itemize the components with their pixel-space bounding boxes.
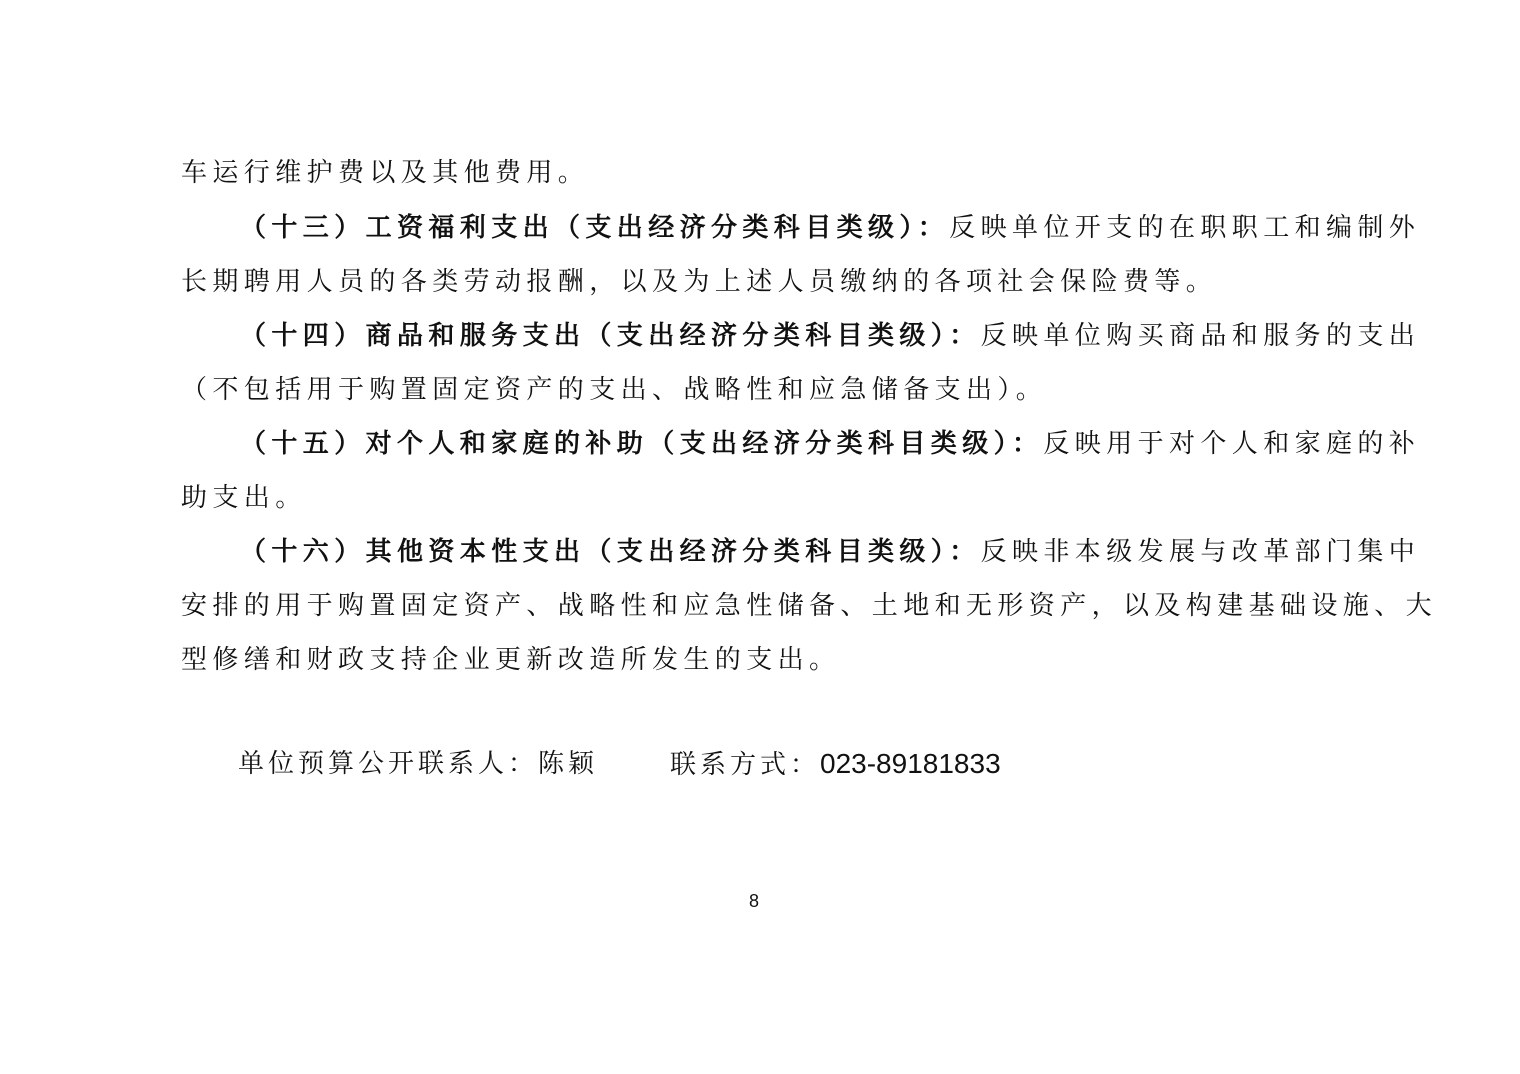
body-text: 助支出。 [181, 483, 307, 513]
page-number: 8 [749, 890, 759, 912]
body-text: 车运行维护费以及其他费用。 [181, 158, 589, 188]
paragraph-line: 型修缮和财政支持企业更新改造所发生的支出。 [181, 642, 1331, 678]
body-text: 反映单位开支的在职职工和编制外 [949, 213, 1420, 243]
paragraph-line: 助支出。 [181, 480, 1331, 516]
contact-person: 单位预算公开联系人：陈颖 [238, 746, 598, 782]
body-text: 长期聘用人员的各类劳动报酬，以及为上述人员缴纳的各项社会保险费等。 [181, 267, 1217, 297]
body-text: 反映用于对个人和家庭的补 [1043, 429, 1420, 459]
body-text: 反映非本级发展与改革部门集中 [981, 537, 1421, 567]
contact-phone: 联系方式：023-89181833 [670, 746, 1001, 783]
paragraph-line: 车运行维护费以及其他费用。 [181, 155, 1331, 191]
paragraph-line: 长期聘用人员的各类劳动报酬，以及为上述人员缴纳的各项社会保险费等。 [181, 264, 1331, 300]
paragraph-item-13: （十三）工资福利支出（支出经济分类科目类级）：反映单位开支的在职职工和编制外 [240, 210, 1331, 246]
item-heading: （十六）其他资本性支出（支出经济分类科目类级）： [240, 537, 981, 567]
document-page: 车运行维护费以及其他费用。 （十三）工资福利支出（支出经济分类科目类级）：反映单… [0, 0, 1520, 1074]
paragraph-line: （不包括用于购置固定资产的支出、战略性和应急储备支出）。 [181, 372, 1331, 408]
paragraph-item-15: （十五）对个人和家庭的补助（支出经济分类科目类级）：反映用于对个人和家庭的补 [240, 426, 1331, 462]
contact-person-name: 陈颖 [538, 749, 598, 779]
paragraph-line: 安排的用于购置固定资产、战略性和应急性储备、土地和无形资产，以及构建基础设施、大 [181, 588, 1331, 624]
paragraph-item-16: （十六）其他资本性支出（支出经济分类科目类级）：反映非本级发展与改革部门集中 [240, 534, 1331, 570]
contact-phone-label: 联系方式： [670, 750, 820, 780]
item-heading: （十四）商品和服务支出（支出经济分类科目类级）： [240, 321, 981, 351]
body-text: 安排的用于购置固定资产、战略性和应急性储备、土地和无形资产，以及构建基础设施、大 [181, 591, 1437, 621]
item-heading: （十五）对个人和家庭的补助（支出经济分类科目类级）： [240, 429, 1043, 459]
body-text: 型修缮和财政支持企业更新改造所发生的支出。 [181, 645, 840, 675]
body-text: （不包括用于购置固定资产的支出、战略性和应急储备支出）。 [181, 375, 1047, 405]
item-heading: （十三）工资福利支出（支出经济分类科目类级）： [240, 213, 949, 243]
contact-person-label: 单位预算公开联系人： [238, 749, 538, 779]
body-text: 反映单位购买商品和服务的支出 [981, 321, 1421, 351]
paragraph-item-14: （十四）商品和服务支出（支出经济分类科目类级）：反映单位购买商品和服务的支出 [240, 318, 1331, 354]
contact-phone-number: 023-89181833 [820, 748, 1001, 779]
